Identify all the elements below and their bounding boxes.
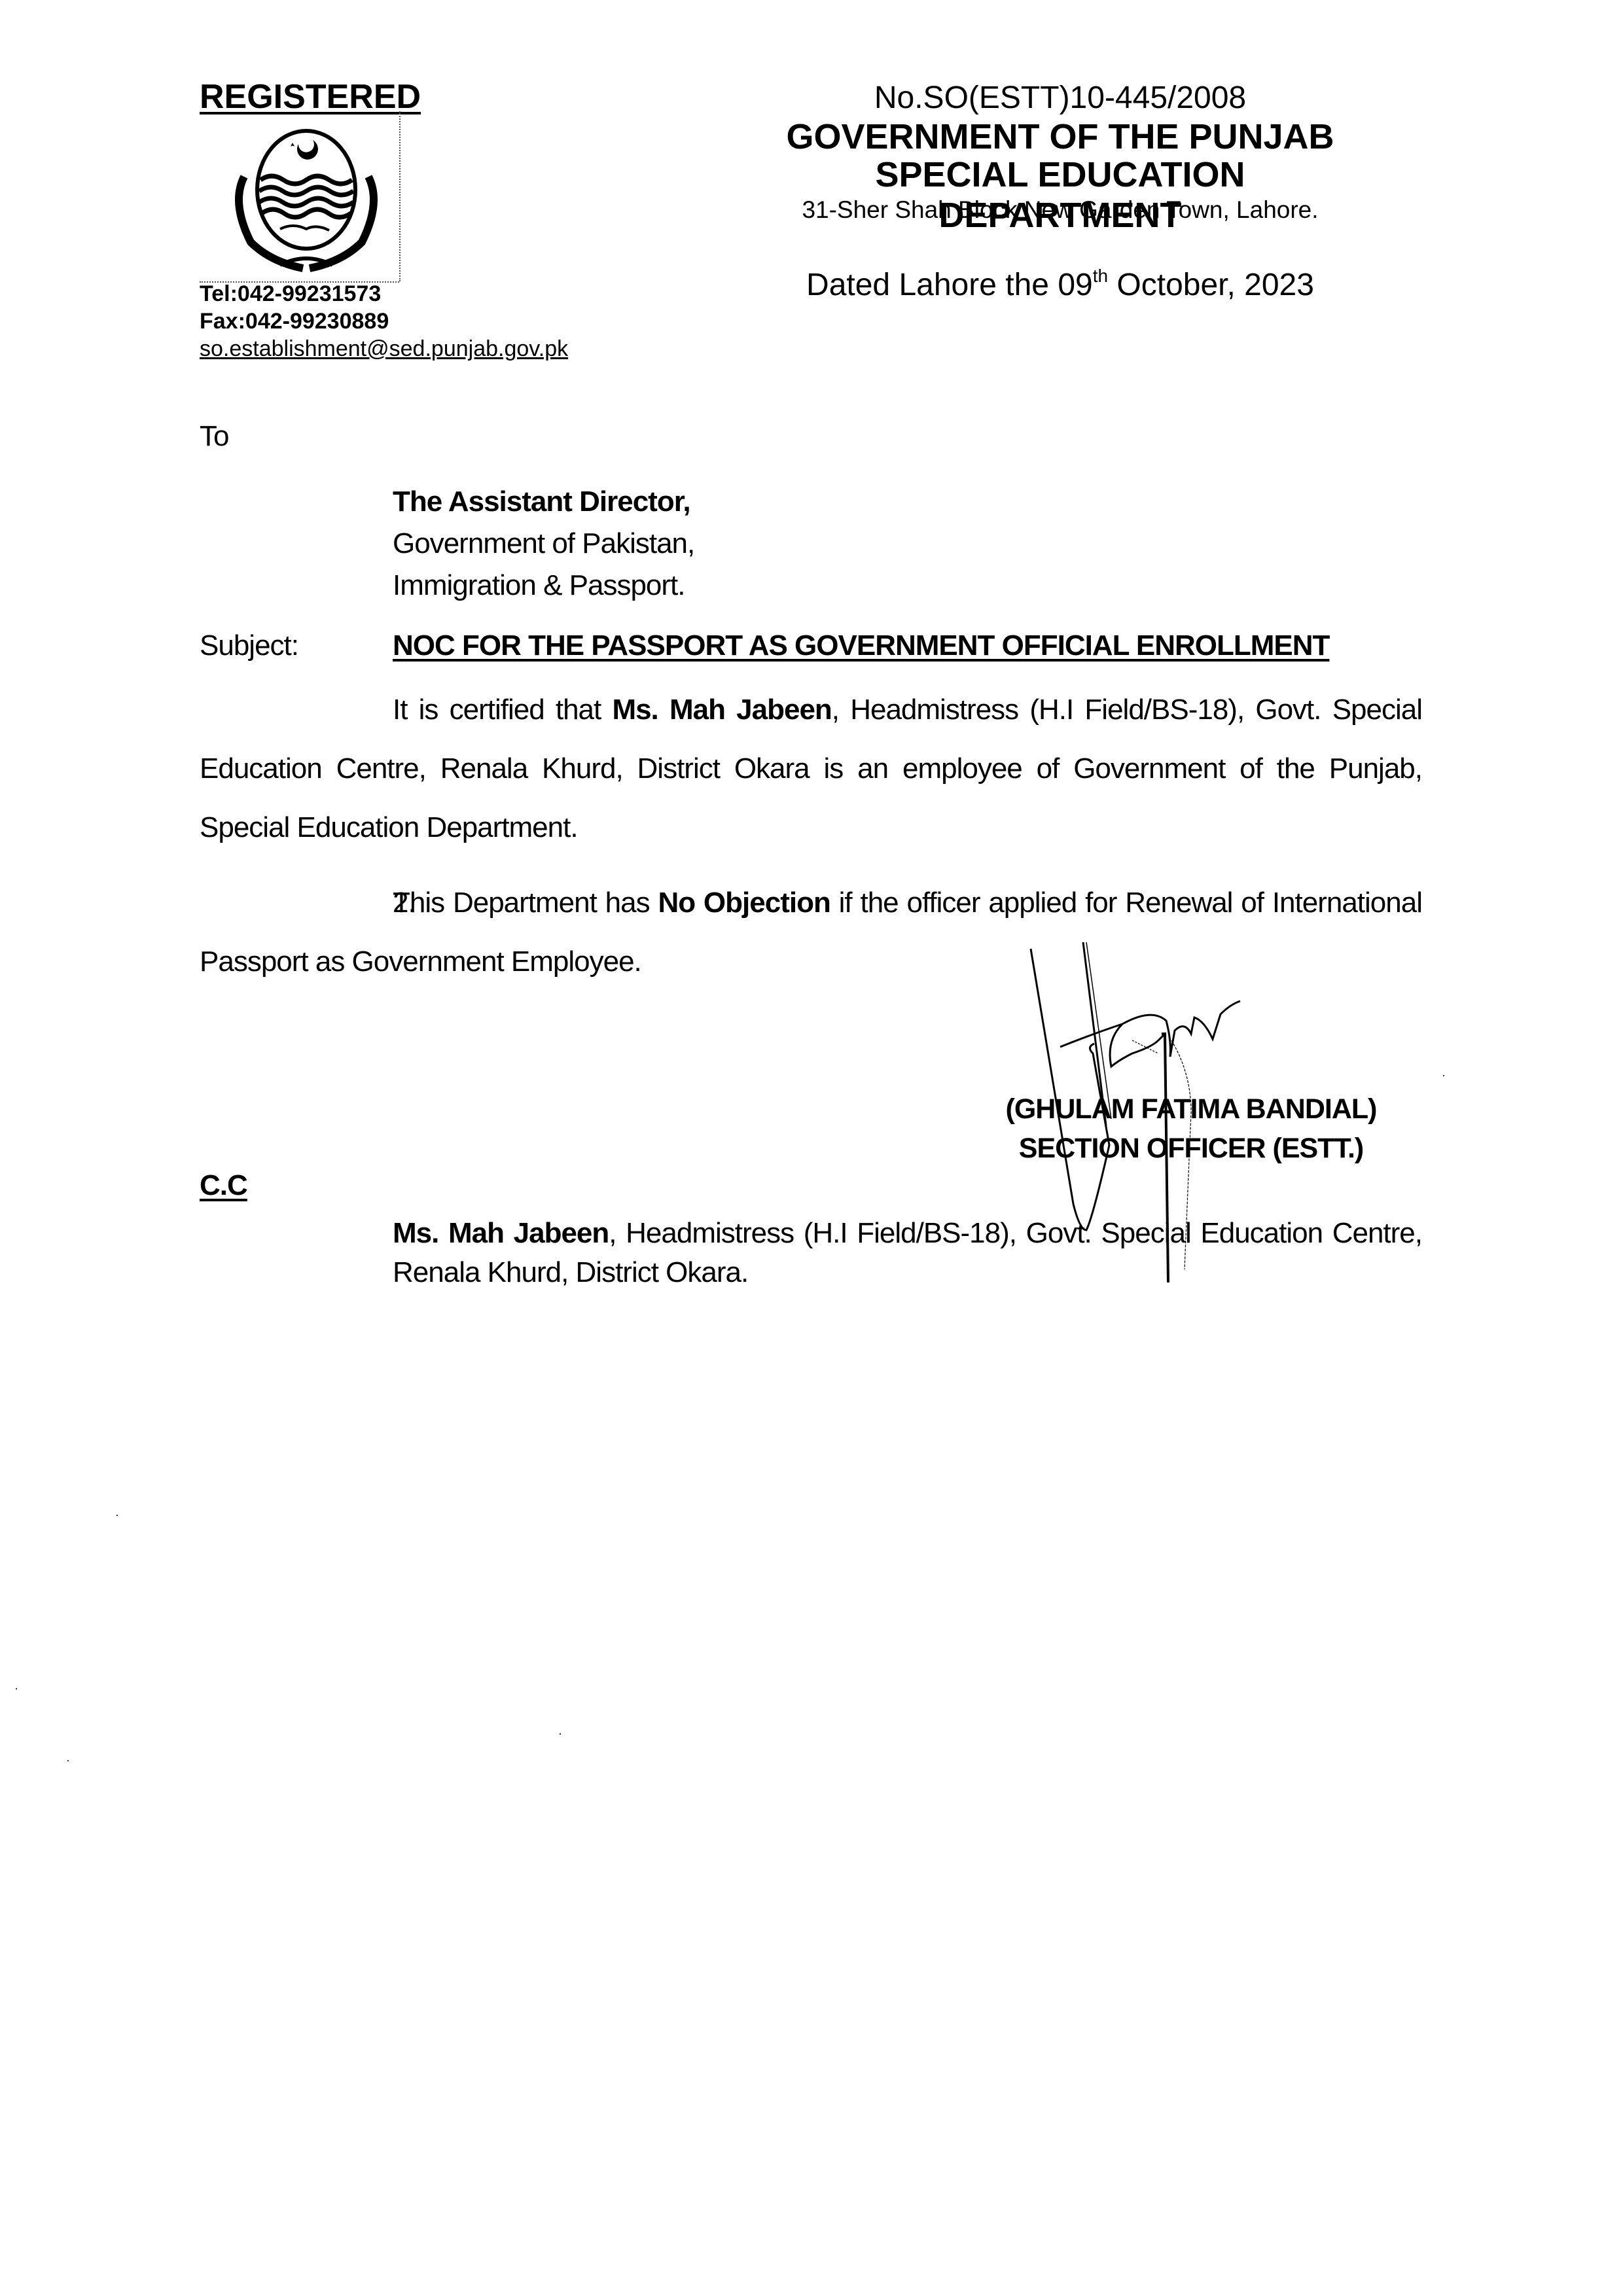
date-ordinal: th xyxy=(1093,266,1108,286)
letter-date: Dated Lahore the 09th October, 2023 xyxy=(753,267,1368,303)
scan-speck xyxy=(116,1515,118,1516)
employee-name: Ms. Mah Jabeen xyxy=(612,694,831,726)
paragraph-2-number: 2. xyxy=(200,874,416,932)
recipient-line-2: Government of Pakistan, xyxy=(393,523,694,565)
paragraph-2-intro: This Department has xyxy=(393,887,658,919)
subject-label: Subject: xyxy=(200,631,298,660)
paragraph-1: It is certified that Ms. Mah Jabeen, Hea… xyxy=(200,680,1422,857)
signatory-name: (GHULAM FATIMA BANDIAL) xyxy=(962,1089,1420,1129)
document-page: REGISTERED Tel:042-99231573 Fax:042-9923… xyxy=(0,0,1623,2296)
department-address: 31-Sher Shah Block New Garden Town, Laho… xyxy=(753,196,1368,224)
reference-number: No.SO(ESTT)10-445/2008 xyxy=(753,80,1368,116)
recipient-title: The Assistant Director, xyxy=(393,481,694,523)
copy-to-recipient: Ms. Mah Jabeen, Headmistress (H.I Field/… xyxy=(393,1214,1422,1292)
fax-number: Fax:042-99230889 xyxy=(200,309,389,334)
recipient-address: The Assistant Director, Government of Pa… xyxy=(393,481,694,607)
paragraph-1-intro: It is certified that xyxy=(393,694,612,726)
logo-frame-right xyxy=(399,111,401,281)
to-label: To xyxy=(200,422,228,451)
scan-speck xyxy=(67,1760,69,1761)
date-suffix: October, 2023 xyxy=(1108,268,1314,302)
registered-label: REGISTERED xyxy=(200,77,421,116)
date-prefix: Dated Lahore the 09 xyxy=(806,268,1093,302)
scan-speck xyxy=(16,1688,17,1689)
telephone-number: Tel:042-99231573 xyxy=(200,281,381,307)
signatory-designation: SECTION OFFICER (ESTT.) xyxy=(962,1129,1420,1168)
no-objection-emphasis: No Objection xyxy=(658,887,830,919)
scan-speck xyxy=(560,1733,561,1735)
email-link[interactable]: so.establishment@sed.punjab.gov.pk xyxy=(200,336,568,362)
signatory-block: (GHULAM FATIMA BANDIAL) SECTION OFFICER … xyxy=(962,1089,1420,1168)
paragraph-2: 2.This Department has No Objection if th… xyxy=(200,874,1422,991)
scan-speck xyxy=(1443,1075,1444,1076)
copy-to-label: C.C xyxy=(200,1171,247,1200)
punjab-emblem-icon xyxy=(208,118,404,281)
government-heading: GOVERNMENT OF THE PUNJAB xyxy=(753,116,1368,157)
copy-recipient-name: Ms. Mah Jabeen xyxy=(393,1217,609,1249)
subject-text: NOC FOR THE PASSPORT AS GOVERNMENT OFFIC… xyxy=(393,631,1329,660)
recipient-line-3: Immigration & Passport. xyxy=(393,565,694,607)
